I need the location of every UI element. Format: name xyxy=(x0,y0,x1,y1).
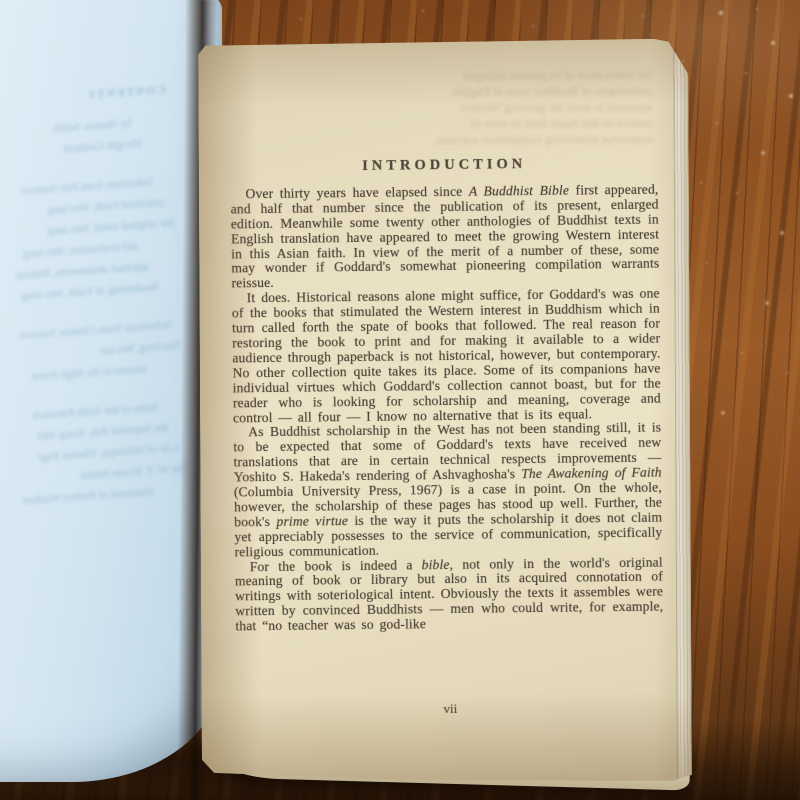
paragraph: For the book is indeed a bible, not only… xyxy=(235,555,664,634)
text-block: INTRODUCTION Over thirty years have elap… xyxy=(229,38,665,785)
left-page-ghost-text: CONTENTSby Huston SmithDwight GoddardSel… xyxy=(0,80,194,513)
italic-text: bible xyxy=(422,557,450,572)
paragraph: It does. Historical reasons alone might … xyxy=(232,287,661,426)
body-text: It does. Historical reasons alone might … xyxy=(232,286,661,425)
italic-text: A Buddhist Bible xyxy=(469,182,569,198)
ghost-line: CONTENTS xyxy=(0,80,167,114)
italic-text: The Awakening of Faith xyxy=(521,465,662,482)
right-page: the publication of its present enlargeda… xyxy=(198,39,692,784)
paragraph: Over thirty years have elapsed since A B… xyxy=(230,182,659,291)
paragraph: As Buddhist scholarship in the West has … xyxy=(233,421,662,560)
chapter-heading: INTRODUCTION xyxy=(230,156,658,176)
page-number: vii xyxy=(236,700,664,720)
italic-text: prime virtue xyxy=(276,513,348,529)
paragraphs: Over thirty years have elapsed since A B… xyxy=(230,182,663,634)
photo-of-open-book: { "colors": { "wood_brown": "#8d5122", "… xyxy=(0,0,800,800)
